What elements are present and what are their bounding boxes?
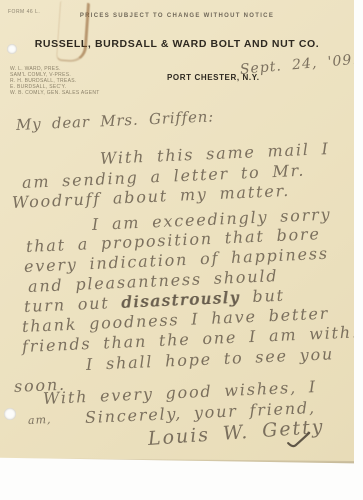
salutation-line: My dear Mrs. Griffen:	[16, 107, 215, 134]
closing-am: am,	[28, 413, 52, 427]
company-name: RUSSELL, BURDSALL & WARD BOLT AND NUT CO…	[0, 38, 354, 50]
paper-bottom-edge	[0, 455, 354, 465]
punch-hole-bottom	[4, 408, 16, 420]
handwritten-date: Sept. 24, '09.	[239, 52, 358, 78]
officer-line: W. B. COMLY, GEN. SALES AGENT	[10, 90, 100, 96]
officer-list: W. L. WARD, PRES. SAM'L COMLY, V-PRES. R…	[10, 66, 100, 96]
rust-stain	[56, 1, 90, 63]
letter-paper: FORM 46 L. PRICES SUBJECT TO CHANGE WITH…	[0, 0, 354, 468]
punch-hole-top	[7, 44, 17, 54]
correction-suffix: but	[240, 286, 285, 307]
signature-flourish-mark	[285, 431, 313, 452]
price-notice: PRICES SUBJECT TO CHANGE WITHOUT NOTICE	[0, 13, 354, 19]
